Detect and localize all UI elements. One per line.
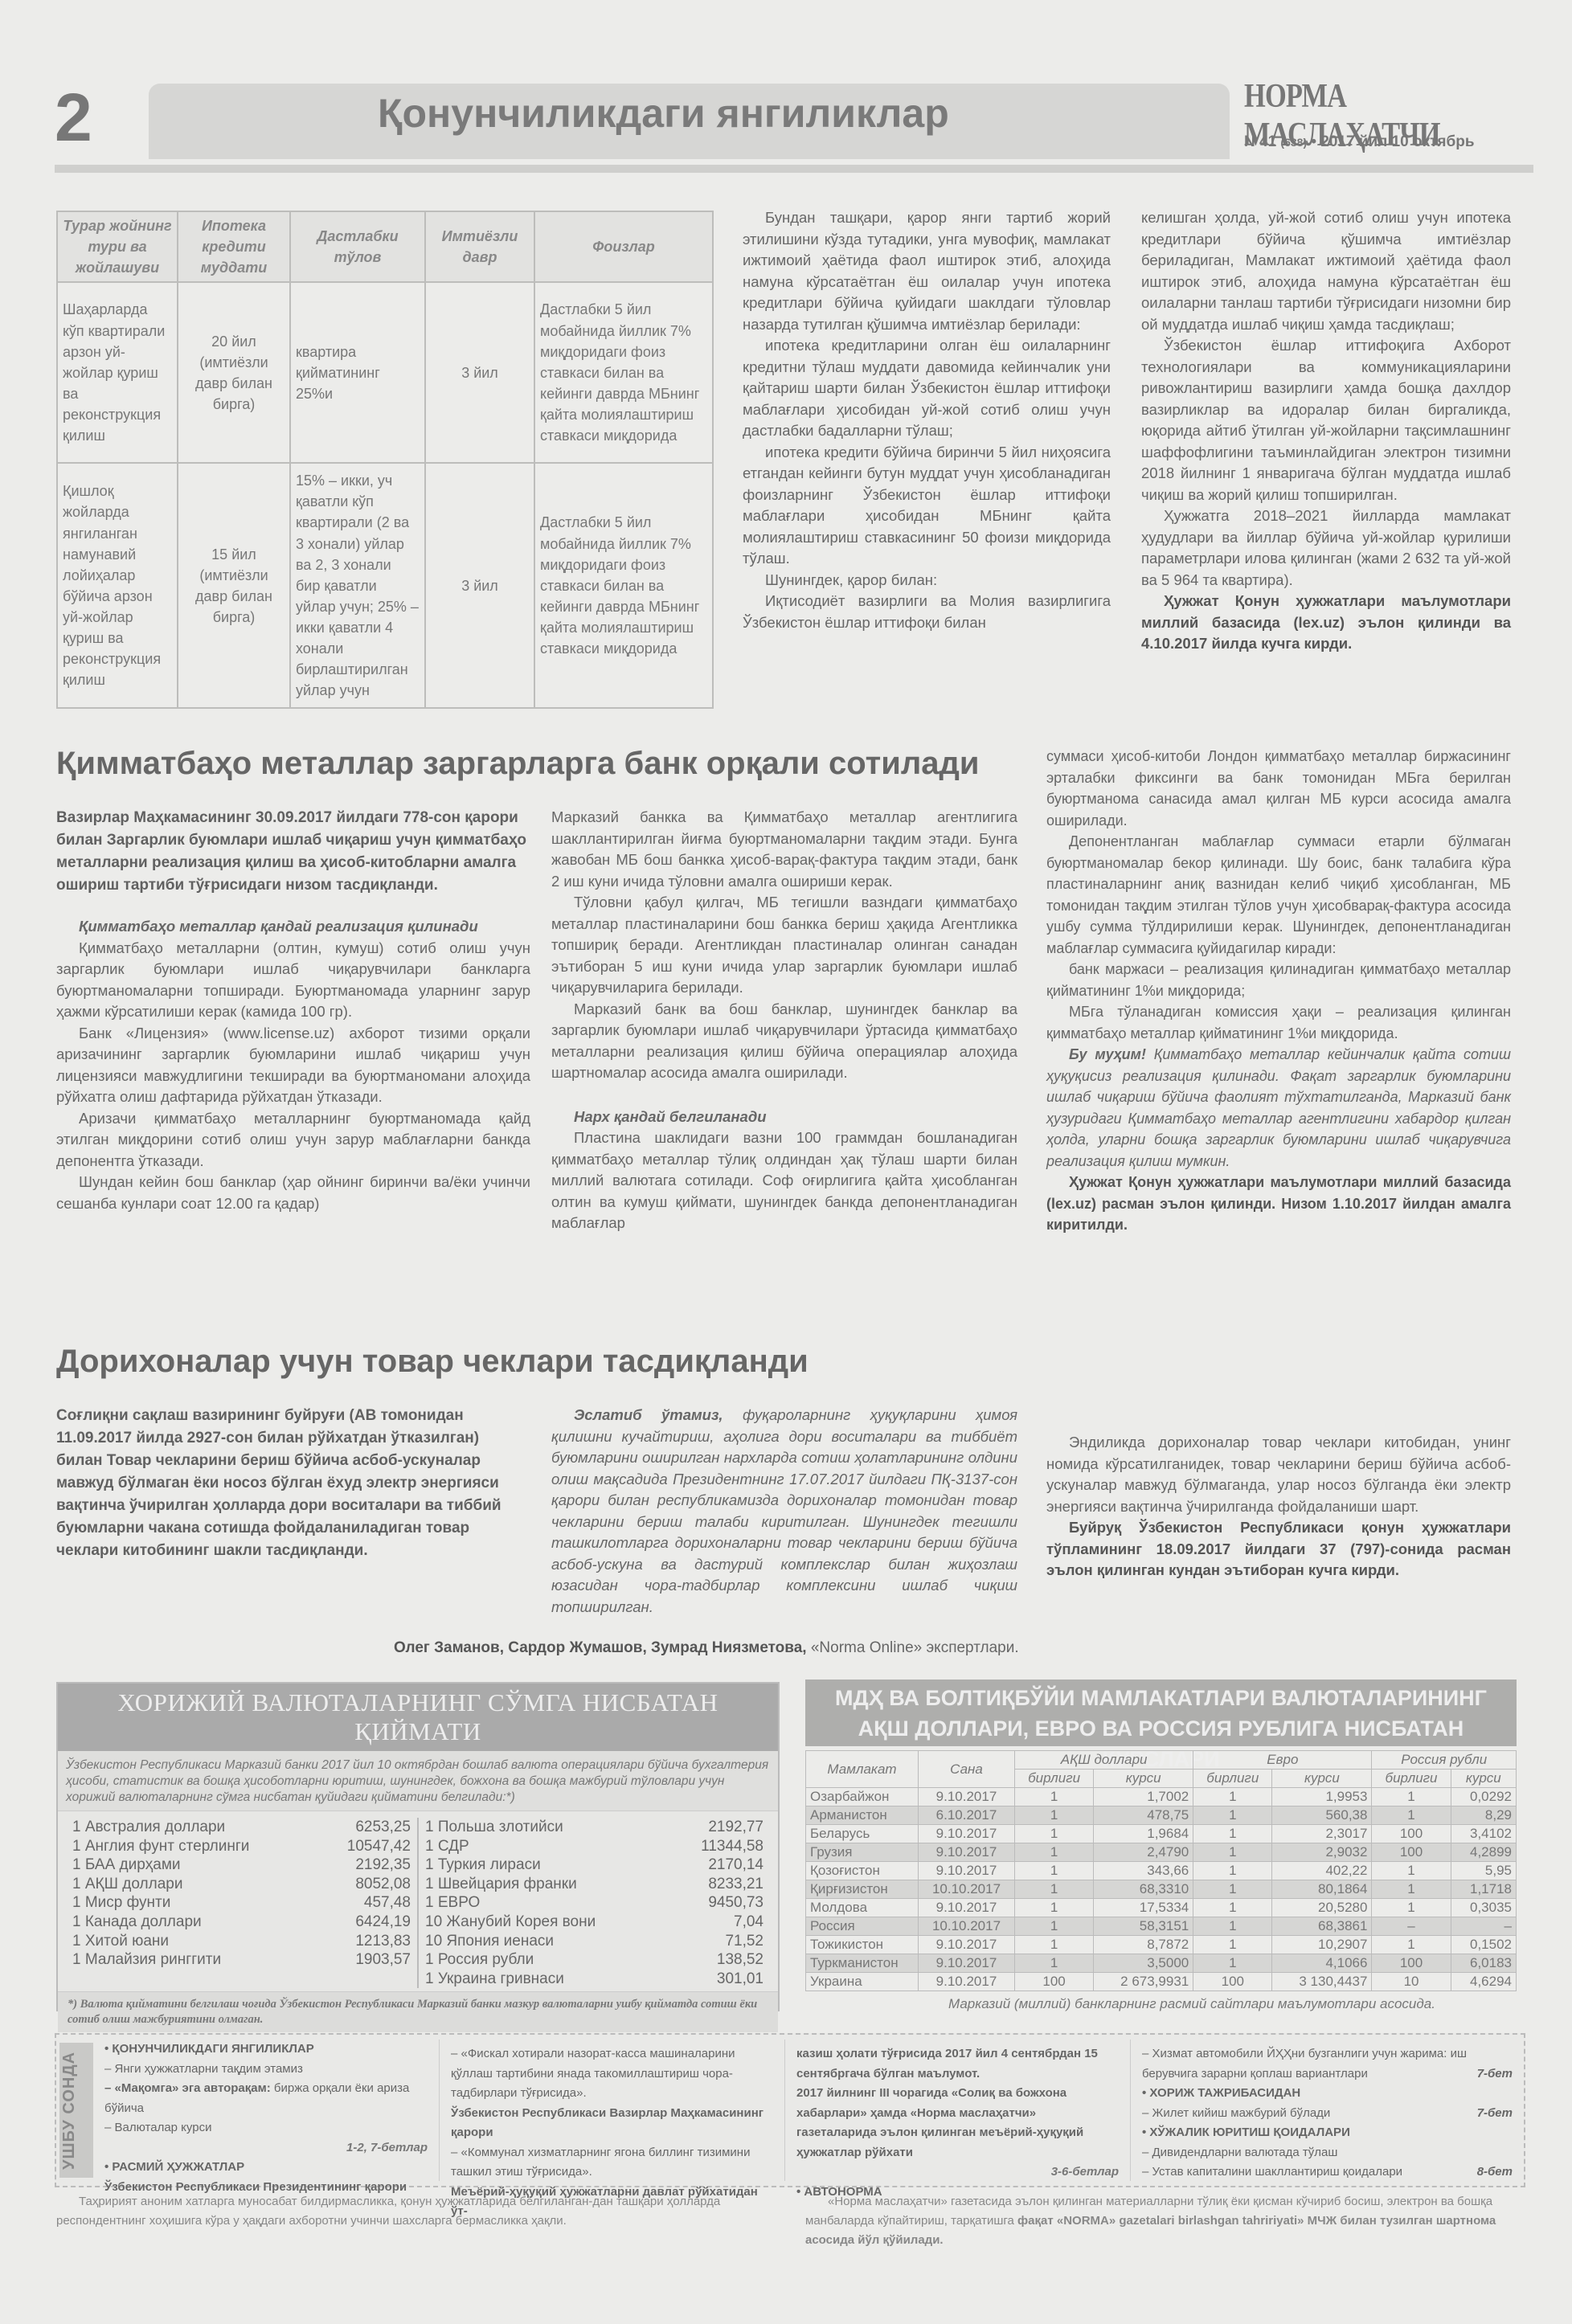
table-cell: 8,29 (1451, 1806, 1516, 1825)
currency-name: 1 Канада доллари (72, 1913, 202, 1932)
toc-pages: 8-бет (1477, 2162, 1513, 2183)
table-cell: Беларусь (806, 1825, 919, 1843)
table-cell: 100 (1372, 1843, 1451, 1862)
table-cell: 9.10.2017 (919, 1936, 1015, 1954)
table-cell: 68,3310 (1094, 1880, 1193, 1899)
table-cell: 3,5000 (1094, 1954, 1193, 1973)
currency-value: 7,04 (734, 1913, 763, 1932)
paragraph: банк маржаси – реализация қилинадиган қи… (1046, 959, 1511, 1001)
paragraph: Депонентланган маблағлар суммаси етарли … (1046, 831, 1511, 959)
table-row: Туркманистон9.10.201713,500014,10661006,… (806, 1954, 1517, 1973)
toc-item[interactable]: – Янги ҳужжатларни тақдим этамиз (104, 2060, 428, 2080)
table-cell: 1 (1015, 1954, 1094, 1973)
table-cell: 100 (1015, 1973, 1094, 1991)
important-text: Қимматбаҳо металлар кейинчалик қайта сот… (1046, 1046, 1511, 1169)
table-cell: 10,2907 (1272, 1936, 1372, 1954)
table-cell: 20 йил (имтиёзли давр билан бирга) (178, 282, 290, 463)
toc-item[interactable]: – Валюталар курси (104, 2118, 428, 2138)
article2-column-2: Марказий банкка ва Қимматбаҳо металлар а… (551, 807, 1017, 1234)
table-header: Сана (919, 1751, 1015, 1788)
table-cell: 478,75 (1094, 1806, 1193, 1825)
table-cell: 3,4102 (1451, 1825, 1516, 1843)
paragraph: ипотека кредитларини олган ёш оилаларнин… (743, 335, 1111, 442)
table-cell: 1 (1193, 1936, 1272, 1954)
table-cell: Арманистон (806, 1806, 919, 1825)
paragraph: Аризачи қимматбаҳо металларнинг буюртман… (56, 1108, 530, 1172)
table-cell: 8,7872 (1094, 1936, 1193, 1954)
toc-section[interactable]: • ХЎЖАЛИК ЮРИТИШ ҚОИДАЛАРИ (1142, 2123, 1513, 2143)
article3-closing: Буйруқ Ўзбекистон Республикаси қонун ҳуж… (1046, 1517, 1511, 1581)
issue-sub-number: (638) (1280, 136, 1307, 149)
table-row: Тожикистон9.10.201718,7872110,290710,150… (806, 1936, 1517, 1954)
paragraph: Эндиликда дорихоналар товар чеклари кито… (1046, 1432, 1511, 1517)
table-cell: Озарбайжон (806, 1788, 919, 1806)
table-row: Украина9.10.20171002 673,99311003 130,44… (806, 1973, 1517, 1991)
currency-name: 10 Япония иенаси (425, 1932, 554, 1951)
table-header: Дастлабки тўлов (290, 211, 425, 282)
table-header: курси (1094, 1770, 1193, 1788)
table-cell: 1,7002 (1094, 1788, 1193, 1806)
currency-name: 1 АҚШ доллари (72, 1875, 182, 1894)
table-cell: 4,6294 (1451, 1973, 1516, 1991)
currency-value: 2192,35 (355, 1856, 411, 1875)
fx-rate-row: 1 Англия фунт стерлинги10547,42 (72, 1837, 411, 1856)
currency-name: 10 Жанубий Корея вони (425, 1913, 596, 1932)
table-cell: Дастлабки 5 йил мобайнида йиллик 7% миқд… (534, 282, 713, 463)
article2-lead: Вазирлар Маҳкамасининг 30.09.2017 йилдаг… (56, 807, 530, 897)
article3-column-2: Эслатиб ўтамиз, фуқароларнинг ҳуқуқларин… (551, 1405, 1017, 1618)
table-cell: 100 (1372, 1825, 1451, 1843)
toc-section[interactable]: • ҚОНУНЧИЛИКДАГИ ЯНГИЛИКЛАР (104, 2040, 428, 2060)
table-cell: 1 (1015, 1936, 1094, 1954)
toc-pages: 7-бет (1477, 2104, 1513, 2124)
table-cell: 100 (1193, 1973, 1272, 1991)
table-cell: Қирғизистон (806, 1880, 919, 1899)
table-cell: 15 йил (имтиёзли давр билан бирга) (178, 463, 290, 708)
foreign-currency-box: ХОРИЖИЙ ВАЛЮТАЛАРНИНГ СЎМГА НИСБАТАН ҚИЙ… (56, 1682, 780, 2011)
article3-headline: Дорихоналар учун товар чеклари тасдиқлан… (56, 1344, 809, 1380)
table-row: Грузия9.10.201712,479012,90321004,2899 (806, 1843, 1517, 1862)
currency-value: 457,48 (364, 1893, 411, 1913)
table-cell: 1,9684 (1094, 1825, 1193, 1843)
currency-name: 1 Украина гривнаси (425, 1970, 564, 1989)
currency-value: 6253,25 (355, 1818, 411, 1837)
fx-footnote: *) Валюта қийматини белгилаш чоғида Ўзбе… (58, 1991, 778, 2032)
toc-item[interactable]: – Устав капиталини шакллантириш қоидалар… (1142, 2162, 1513, 2183)
issue-number: N 41 (1244, 133, 1276, 150)
paragraph: Қимматбаҳо металларни (олтин, кумуш) сот… (56, 938, 530, 1023)
toc-item[interactable]: – Дивидендларни валютада тўлаш (1142, 2143, 1513, 2163)
in-this-issue-box: УШБУ СОНДА • ҚОНУНЧИЛИКДАГИ ЯНГИЛИКЛАР –… (55, 2033, 1525, 2187)
table-cell: 1 (1193, 1843, 1272, 1862)
toc-pages: 1-2, 7-бетлар (104, 2138, 428, 2158)
fx-rate-row: 10 Япония иенаси71,52 (425, 1932, 763, 1951)
authors-credit: Олег Заманов, Сардор Жумашов, Зумрад Ния… (394, 1639, 1019, 1657)
currency-name: 1 Туркия лираси (425, 1856, 541, 1875)
table-cell: 68,3861 (1272, 1917, 1372, 1936)
paragraph: Ҳужжатга 2018–2021 йилларда мамлакат ҳуд… (1141, 505, 1511, 591)
cis-title-line-1: МДҲ ВА БОЛТИҚБЎЙИ МАМЛАКАТЛАРИ ВАЛЮТАЛАР… (805, 1683, 1517, 1713)
currency-name: 1 Малайзия ринггити (72, 1950, 221, 1970)
table-cell: Грузия (806, 1843, 919, 1862)
fx-rates: 1 Австралия доллари6253,251 Англия фунт … (58, 1811, 778, 1991)
table-cell: 9.10.2017 (919, 1862, 1015, 1880)
currency-value: 2170,14 (708, 1856, 763, 1875)
paragraph: Марказий банк ва бош банклар, шунингдек … (551, 999, 1017, 1084)
toc-item[interactable]: 2017 йилнинг III чорагида «Солиқ ва божх… (796, 2084, 1119, 2162)
fx-rate-row: 1 Австралия доллари6253,25 (72, 1818, 411, 1837)
header-rule (55, 165, 1533, 173)
table-row: Қирғизистон10.10.2017168,3310180,186411,… (806, 1880, 1517, 1899)
paragraph: келишган ҳолда, уй-жой сотиб олиш учун и… (1141, 207, 1511, 335)
toc-item[interactable]: – «Коммунал хизматларнинг ягона биллинг … (451, 2143, 773, 2183)
issue-date: • 2017 йил 10 октябрь (1311, 133, 1474, 150)
table-cell: 402,22 (1272, 1862, 1372, 1880)
paragraph: Тўловни қабул қилгач, МБ тегишли вазндаг… (551, 892, 1017, 999)
table-cell: 1 (1015, 1880, 1094, 1899)
paragraph: Пластина шаклидаги вазни 100 граммдан бо… (551, 1127, 1017, 1234)
currency-name: 1 Швейцария франки (425, 1875, 577, 1894)
table-cell: Шаҳарларда кўп квартирали арзон уй-жойла… (57, 282, 178, 463)
toc-column-4: – Хизмат автомобили ЙҲҲни бузганлиги учу… (1130, 2040, 1524, 2181)
toc-item[interactable]: Ўзбекистон Республикаси Вазирлар Маҳкама… (451, 2104, 773, 2143)
table-cell: 0,0292 (1451, 1788, 1516, 1806)
toc-item-text: – Жилет кийиш мажбурий бўлади (1142, 2106, 1330, 2120)
article2-column-1: Вазирлар Маҳкамасининг 30.09.2017 йилдаг… (56, 807, 530, 1214)
toc-column-3: казиш ҳолати тўғрисида 2017 йил 4 сентяб… (784, 2040, 1130, 2181)
section-title: Қонунчиликдаги янгиликлар (378, 90, 949, 137)
table-cell: Украина (806, 1973, 919, 1991)
fx-rates-right-column: 1 Польша злотийси2192,771 СДР11344,581 Т… (417, 1818, 770, 1988)
table-header: курси (1451, 1770, 1516, 1788)
table-header: Мамлакат (806, 1751, 919, 1788)
article2-subheading: Қимматбаҳо металлар қандай реализация қи… (56, 916, 530, 938)
table-cell: 9.10.2017 (919, 1843, 1015, 1862)
table-row: Россия10.10.2017158,3151168,3861–– (806, 1917, 1517, 1936)
table-cell: 1 (1193, 1862, 1272, 1880)
article2-headline: Қимматбаҳо металлар заргарларга банк орқ… (56, 746, 979, 782)
table-header: курси (1272, 1770, 1372, 1788)
article2-subheading: Нарх қандай белгиланади (551, 1107, 1017, 1128)
table-cell: 9.10.2017 (919, 1788, 1015, 1806)
table-cell: 4,1066 (1272, 1954, 1372, 1973)
fx-box-title: ХОРИЖИЙ ВАЛЮТАЛАРНИНГ СЎМГА НИСБАТАН ҚИЙ… (58, 1684, 778, 1751)
toc-column-1: • ҚОНУНЧИЛИКДАГИ ЯНГИЛИКЛАР – Янги ҳужжа… (93, 2035, 439, 2186)
table-cell: 5,95 (1451, 1862, 1516, 1880)
fx-box-intro: Ўзбекистон Республикаси Марказий банки 2… (58, 1751, 778, 1811)
footer-disclaimer-left: Таҳририят аноним хатларга муносабат билд… (56, 2192, 772, 2231)
table-cell: 10.10.2017 (919, 1880, 1015, 1899)
table-cell: 1 (1193, 1825, 1272, 1843)
table-row: Беларусь9.10.201711,968412,30171003,4102 (806, 1825, 1517, 1843)
fx-rate-row: 1 ЕВРО9450,73 (425, 1893, 763, 1913)
currency-value: 6424,19 (355, 1913, 411, 1932)
currency-value: 11344,58 (701, 1837, 763, 1856)
fx-rate-row: 1 Хитой юани1213,83 (72, 1932, 411, 1951)
table-cell: 2,3017 (1272, 1825, 1372, 1843)
toc-item[interactable]: – «Фискал хотирали назорат-касса машинал… (451, 2044, 773, 2104)
table-cell: 15% – икки, уч қаватли кўп квартирали (2… (290, 463, 425, 708)
toc-item[interactable]: – Жилет кийиш мажбурий бўлади7-бет (1142, 2104, 1513, 2124)
table-cell: 9.10.2017 (919, 1899, 1015, 1917)
currency-value: 2192,77 (708, 1818, 763, 1837)
important-note: Бу муҳим! Қимматбаҳо металлар кейинчалик… (1046, 1044, 1511, 1172)
table-row: Шаҳарларда кўп квартирали арзон уй-жойла… (57, 282, 713, 463)
table-row: Молдова9.10.2017117,5334120,528010,3035 (806, 1899, 1517, 1917)
toc-item-text: – Устав капиталини шакллантириш қоидалар… (1142, 2165, 1402, 2179)
mortgage-table: Турар жойнинг тури ва жойлашуви Ипотека … (56, 211, 714, 709)
currency-name: 1 Англия фунт стерлинги (72, 1837, 249, 1856)
table-cell: 10 (1372, 1973, 1451, 1991)
table-cell: 2,4790 (1094, 1843, 1193, 1862)
table-row: Озарбайжон9.10.201711,700211,995310,0292 (806, 1788, 1517, 1806)
cis-source-note: Марказий (миллий) банкларнинг расмий сай… (948, 1996, 1435, 2012)
paragraph: Шунингдек, қарор билан: (743, 570, 1111, 591)
author-names: Олег Заманов, Сардор Жумашов, Зумрад Ния… (394, 1639, 807, 1656)
table-cell: Тожикистон (806, 1936, 919, 1954)
table-header: Имтиёзли давр (425, 211, 534, 282)
table-cell: Дастлабки 5 йил мобайнида йиллик 7% миқд… (534, 463, 713, 708)
table-cell: 9.10.2017 (919, 1954, 1015, 1973)
paragraph: МБга тўланадиган комиссия ҳақи – реализа… (1046, 1001, 1511, 1044)
paragraph: Ўзбекистон ёшлар иттифоқига Ахборот техн… (1141, 335, 1511, 505)
table-cell: – (1451, 1917, 1516, 1936)
page-number: 2 (55, 79, 92, 157)
toc-item[interactable]: казиш ҳолати тўғрисида 2017 йил 4 сентяб… (796, 2044, 1119, 2084)
table-cell: 1 (1015, 1825, 1094, 1843)
remind-text: фуқароларнинг ҳуқуқларини ҳимоя қилишни … (551, 1406, 1017, 1615)
article3-column-3: Эндиликда дорихоналар товар чеклари кито… (1046, 1389, 1511, 1581)
table-header: бирлиги (1193, 1770, 1272, 1788)
table-cell: 343,66 (1094, 1862, 1193, 1880)
table-cell: 1 (1372, 1899, 1451, 1917)
toc-section[interactable]: • РАСМИЙ ҲУЖЖАТЛАР (104, 2158, 428, 2178)
table-cell: 1,1718 (1451, 1880, 1516, 1899)
table-cell: 1 (1193, 1954, 1272, 1973)
article1-column-2: Бундан ташқари, қарор янги тартиб жорий … (743, 207, 1111, 633)
table-cell: 100 (1372, 1954, 1451, 1973)
table-cell: 6.10.2017 (919, 1806, 1015, 1825)
fx-rate-row: 1 Швейцария франки8233,21 (425, 1875, 763, 1894)
table-cell: 1 (1193, 1899, 1272, 1917)
fx-rate-row: 1 БАА дирҳами2192,35 (72, 1856, 411, 1875)
table-cell: 0,1502 (1451, 1936, 1516, 1954)
paragraph: Иқтисодиёт вазирлиги ва Молия вазирлигиг… (743, 591, 1111, 633)
fx-rate-row: 1 Украина гривнаси301,01 (425, 1970, 763, 1989)
table-cell: Қозоғистон (806, 1862, 919, 1880)
fx-rate-row: 1 Туркия лираси2170,14 (425, 1856, 763, 1875)
fx-rate-row: 1 Миср фунти457,48 (72, 1893, 411, 1913)
paragraph: Шундан кейин бош банклар (ҳар ойнинг бир… (56, 1172, 530, 1214)
table-header-row: Турар жойнинг тури ва жойлашуви Ипотека … (57, 211, 713, 282)
article2-closing: Ҳужжат Қонун ҳужжатлари маълумотлари мил… (1046, 1172, 1511, 1236)
table-cell: 1 (1372, 1862, 1451, 1880)
table-cell: 17,5334 (1094, 1899, 1193, 1917)
currency-name: 1 СДР (425, 1837, 469, 1856)
table-cell: 1 (1193, 1788, 1272, 1806)
table-cell: 560,38 (1272, 1806, 1372, 1825)
table-cell: – (1372, 1917, 1451, 1936)
paragraph: Бундан ташқари, қарор янги тартиб жорий … (743, 207, 1111, 335)
table-cell: Қишлоқ жойларда янгиланган намунавий лой… (57, 463, 178, 708)
toc-pages: 7-бет (1477, 2064, 1513, 2085)
currency-value: 301,01 (717, 1970, 763, 1989)
important-label: Бу муҳим! (1069, 1046, 1146, 1062)
paragraph: суммаси ҳисоб-китоби Лондон қимматбаҳо м… (1046, 746, 1511, 831)
table-cell: 80,1864 (1272, 1880, 1372, 1899)
table-header: Ипотека кредити муддати (178, 211, 290, 282)
table-cell: 2,9032 (1272, 1843, 1372, 1862)
table-cell: 9.10.2017 (919, 1973, 1015, 1991)
paragraph: Банк «Лицензия» (www.license.uz) ахборот… (56, 1023, 530, 1108)
currency-value: 1213,83 (355, 1932, 411, 1951)
fx-rate-row: 10 Жанубий Корея вони7,04 (425, 1913, 763, 1932)
table-header: бирлиги (1015, 1770, 1094, 1788)
table-cell: Молдова (806, 1899, 919, 1917)
fx-rate-row: 1 АҚШ доллари8052,08 (72, 1875, 411, 1894)
table-cell: квартира қийматининг 25%и (290, 282, 425, 463)
toc-item-bold: – «Мақомга» эга авторақам: (104, 2081, 271, 2095)
article3-lead: Соғлиқни сақлаш вазирининг буйруғи (АВ т… (56, 1405, 522, 1562)
table-row: Қозоғистон9.10.20171343,661402,2215,95 (806, 1862, 1517, 1880)
in-this-issue-label: УШБУ СОНДА (59, 2043, 93, 2178)
currency-value: 9450,73 (708, 1893, 763, 1913)
table-header: Фоизлар (534, 211, 713, 282)
table-cell: 1 (1015, 1843, 1094, 1862)
table-cell: 20,5280 (1272, 1899, 1372, 1917)
currency-name: 1 ЕВРО (425, 1893, 480, 1913)
currency-name: 1 Миср фунти (72, 1893, 170, 1913)
table-header: АҚШ доллари (1015, 1751, 1193, 1770)
remind-label: Эслатиб ўтамиз, (574, 1406, 723, 1423)
toc-item[interactable]: – «Мақомга» эга авторақам: биржа орқали … (104, 2079, 428, 2118)
toc-column-2: – «Фискал хотирали назорат-касса машинал… (439, 2040, 784, 2181)
table-cell: 10.10.2017 (919, 1917, 1015, 1936)
currency-name: 1 Россия рубли (425, 1950, 534, 1970)
table-cell: 1 (1193, 1806, 1272, 1825)
table-cell: 6,0183 (1451, 1954, 1516, 1973)
table-cell: 1 (1372, 1788, 1451, 1806)
table-header: Россия рубли (1372, 1751, 1517, 1770)
authors-suffix: «Norma Online» экспертлари. (811, 1639, 1019, 1656)
table-row: Қишлоқ жойларда янгиланган намунавий лой… (57, 463, 713, 708)
article1-closing: Ҳужжат Қонун ҳужжатлари маълумотлари мил… (1141, 591, 1511, 655)
table-header: Евро (1193, 1751, 1372, 1770)
article1-column-3: келишган ҳолда, уй-жой сотиб олиш учун и… (1141, 207, 1511, 655)
table-cell: 1 (1015, 1862, 1094, 1880)
table-cell: 1,9953 (1272, 1788, 1372, 1806)
table-cell: 1 (1193, 1880, 1272, 1899)
table-cell: 4,2899 (1451, 1843, 1516, 1862)
paragraph: Марказий банкка ва Қимматбаҳо металлар а… (551, 807, 1017, 892)
table-cell: 1 (1372, 1806, 1451, 1825)
article2-column-3: суммаси ҳисоб-китоби Лондон қимматбаҳо м… (1046, 746, 1511, 1236)
currency-name: 1 Австралия доллари (72, 1818, 225, 1837)
currency-value: 10547,42 (347, 1837, 411, 1856)
currency-name: 1 Хитой юани (72, 1932, 169, 1951)
table-cell: 0,3035 (1451, 1899, 1516, 1917)
table-cell: 3 130,4437 (1272, 1973, 1372, 1991)
table-cell: 1 (1015, 1899, 1094, 1917)
table-row: Арманистон6.10.20171478,751560,3818,29 (806, 1806, 1517, 1825)
fx-rate-row: 1 Канада доллари6424,19 (72, 1913, 411, 1932)
toc-item-text: – Хизмат автомобили ЙҲҲни бузганлиги учу… (1142, 2047, 1467, 2081)
fx-rate-row: 1 Малайзия ринггити1903,57 (72, 1950, 411, 1970)
table-cell: 3 йил (425, 463, 534, 708)
table-cell: Россия (806, 1917, 919, 1936)
paragraph: ипотека кредити бўйича биринчи 5 йил ниҳ… (743, 442, 1111, 570)
fx-rate-row: 1 СДР11344,58 (425, 1837, 763, 1856)
table-header: бирлиги (1372, 1770, 1451, 1788)
toc-item[interactable]: – Хизмат автомобили ЙҲҲни бузганлиги учу… (1142, 2044, 1513, 2084)
table-header: Турар жойнинг тури ва жойлашуви (57, 211, 178, 282)
toc-pages: 3-6-бетлар (796, 2162, 1119, 2183)
cis-rates-title: МДҲ ВА БОЛТИҚБЎЙИ МАМЛАКАТЛАРИ ВАЛЮТАЛАР… (805, 1680, 1517, 1746)
table-cell: 2 673,9931 (1094, 1973, 1193, 1991)
table-cell: 58,3151 (1094, 1917, 1193, 1936)
table-cell: 1 (1372, 1936, 1451, 1954)
currency-value: 138,52 (717, 1950, 763, 1970)
table-cell: 1 (1015, 1788, 1094, 1806)
table-cell: 3 йил (425, 282, 534, 463)
cis-rates-table: Мамлакат Сана АҚШ доллари Евро Россия ру… (805, 1750, 1517, 1991)
currency-value: 71,52 (725, 1932, 763, 1951)
footer-disclaimer-right: «Норма маслаҳатчи» газетасида эълон қили… (805, 2192, 1513, 2250)
table-cell: Туркманистон (806, 1954, 919, 1973)
issue-info: N 41 (638) • 2017 йил 10 октябрь (1244, 133, 1475, 151)
table-cell: 1 (1015, 1806, 1094, 1825)
fx-rate-row: 1 Россия рубли138,52 (425, 1950, 763, 1970)
currency-value: 8233,21 (708, 1875, 763, 1894)
table-cell: 1 (1015, 1917, 1094, 1936)
currency-name: 1 БАА дирҳами (72, 1856, 181, 1875)
currency-value: 8052,08 (355, 1875, 411, 1894)
toc-section[interactable]: • ХОРИЖ ТАЖРИБАСИДАН (1142, 2084, 1513, 2104)
currency-value: 1903,57 (355, 1950, 411, 1970)
table-cell: 1 (1372, 1880, 1451, 1899)
table-cell: 1 (1193, 1917, 1272, 1936)
fx-rates-left-column: 1 Австралия доллари6253,251 Англия фунт … (66, 1818, 417, 1988)
fx-rate-row: 1 Польша злотийси2192,77 (425, 1818, 763, 1837)
table-cell: 9.10.2017 (919, 1825, 1015, 1843)
currency-name: 1 Польша злотийси (425, 1818, 563, 1837)
